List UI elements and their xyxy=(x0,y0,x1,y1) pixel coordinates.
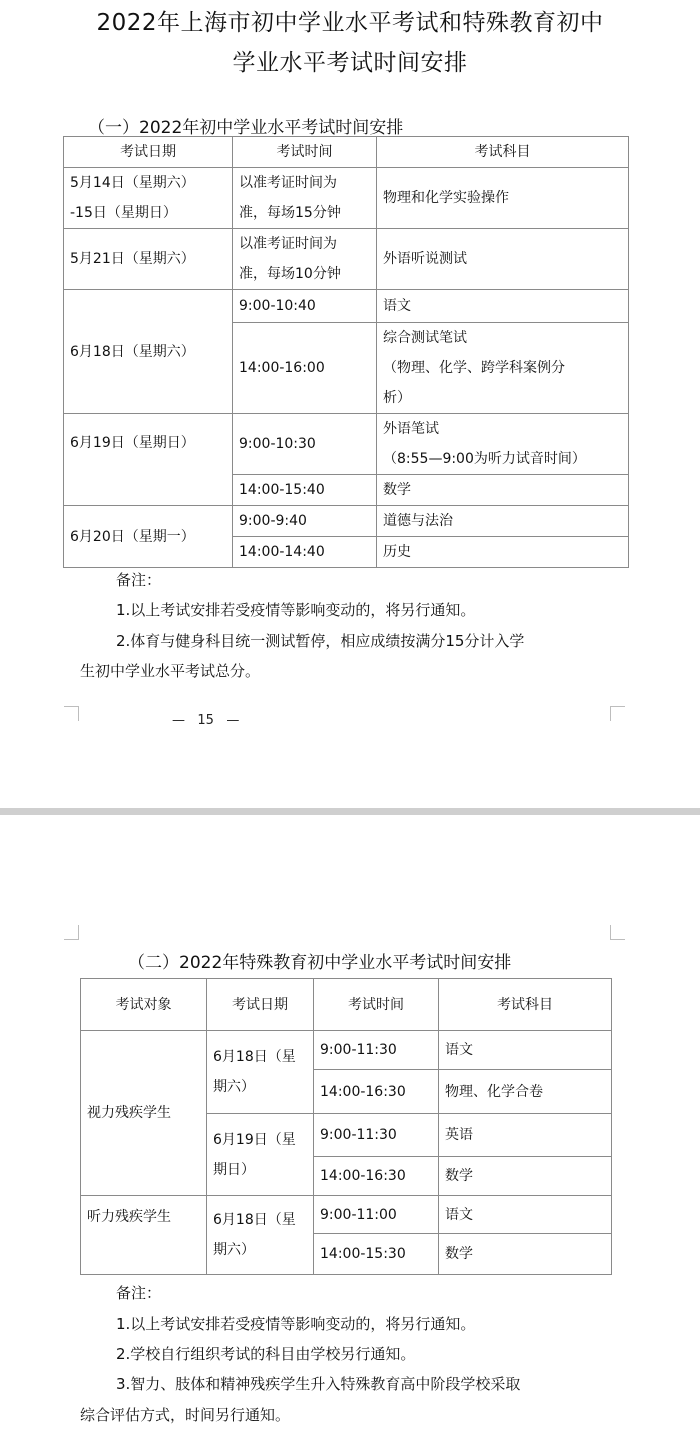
date-cell: 5月21日（星期六） xyxy=(64,229,233,290)
time-text: 准，每场15分钟 xyxy=(239,198,370,228)
note-item: 3.智力、肢体和精神残疾学生升入特殊教育高中阶段学校采取 xyxy=(116,1370,520,1399)
subject-cell: 物理和化学实验操作 xyxy=(377,168,629,229)
page-corner-mark xyxy=(610,706,625,721)
time-cell: 14:00-15:40 xyxy=(233,475,377,506)
page-corner-mark xyxy=(610,925,625,940)
special-education-schedule-table: 考试对象 考试日期 考试时间 考试科目 视力残疾学生 6月18日（星 期六） 9… xyxy=(80,978,612,1275)
date-text: 6月18日（星 xyxy=(213,1042,307,1072)
section2-heading: （二）2022年特殊教育初中学业水平考试时间安排 xyxy=(128,948,511,973)
table-row: 6月18日（星期六） 9:00-10:40 语文 xyxy=(64,290,629,323)
subject-cell: 数学 xyxy=(439,1234,612,1275)
subject-cell: 语文 xyxy=(377,290,629,323)
subject-cell: 外语笔试 （8:55—9:00为听力试音时间） xyxy=(377,414,629,475)
subject-cell: 道德与法治 xyxy=(377,506,629,537)
date-cell: 6月18日（星期六） xyxy=(64,290,233,414)
time-cell: 9:00-10:30 xyxy=(233,414,377,475)
time-cell: 14:00-16:30 xyxy=(314,1070,439,1114)
time-cell: 14:00-15:30 xyxy=(314,1234,439,1275)
date-cell: 6月19日（星期日） xyxy=(64,414,233,506)
subject-text: （8:55—9:00为听力试音时间） xyxy=(383,444,622,474)
column-header: 考试日期 xyxy=(64,137,233,168)
time-cell: 14:00-16:00 xyxy=(233,323,377,414)
table-row: 6月19日（星期日） 9:00-10:30 外语笔试 （8:55—9:00为听力… xyxy=(64,414,629,475)
subject-cell: 数学 xyxy=(377,475,629,506)
time-cell: 以准考证时间为 准，每场10分钟 xyxy=(233,229,377,290)
note-item: 生初中学业水平考试总分。 xyxy=(80,657,260,686)
time-cell: 14:00-14:40 xyxy=(233,537,377,568)
date-cell: 5月14日（星期六） -15日（星期日） xyxy=(64,168,233,229)
subject-cell: 数学 xyxy=(439,1157,612,1196)
date-cell: 6月18日（星 期六） xyxy=(207,1196,314,1275)
date-text: 期日） xyxy=(213,1155,307,1185)
subject-cell: 外语听说测试 xyxy=(377,229,629,290)
date-text: 6月19日（星 xyxy=(213,1125,307,1155)
column-header: 考试时间 xyxy=(314,979,439,1031)
table-row: 6月20日（星期一） 9:00-9:40 道德与法治 xyxy=(64,506,629,537)
page-number: — 15 — xyxy=(172,713,239,728)
date-cell: 6月18日（星 期六） xyxy=(207,1031,314,1114)
note-item: 2.体育与健身科目统一测试暂停，相应成绩按满分15分计入学 xyxy=(116,627,524,656)
time-cell: 9:00-11:30 xyxy=(314,1114,439,1157)
time-text: 以准考证时间为 xyxy=(239,229,370,259)
column-header: 考试科目 xyxy=(377,137,629,168)
date-cell: 6月20日（星期一） xyxy=(64,506,233,568)
date-text: -15日（星期日） xyxy=(70,198,226,228)
date-text: 6月18日（星 xyxy=(213,1205,307,1235)
table-row: 5月14日（星期六） -15日（星期日） 以准考证时间为 准，每场15分钟 物理… xyxy=(64,168,629,229)
subject-text: 析） xyxy=(383,383,622,413)
table-row: 视力残疾学生 6月18日（星 期六） 9:00-11:30 语文 xyxy=(81,1031,612,1070)
subject-cell: 语文 xyxy=(439,1196,612,1234)
page-separator xyxy=(0,808,700,815)
subject-cell: 物理、化学合卷 xyxy=(439,1070,612,1114)
time-cell: 9:00-11:00 xyxy=(314,1196,439,1234)
subject-cell: 综合测试笔试 （物理、化学、跨学科案例分 析） xyxy=(377,323,629,414)
exam-schedule-table: 考试日期 考试时间 考试科目 5月14日（星期六） -15日（星期日） 以准考证… xyxy=(63,136,629,568)
note-item: 2.学校自行组织考试的科目由学校另行通知。 xyxy=(116,1340,415,1369)
note-item: 综合评估方式，时间另行通知。 xyxy=(80,1401,290,1430)
subject-text: 综合测试笔试 xyxy=(383,323,622,353)
subject-text: （物理、化学、跨学科案例分 xyxy=(383,353,622,383)
subject-cell: 历史 xyxy=(377,537,629,568)
column-header: 考试对象 xyxy=(81,979,207,1031)
time-cell: 9:00-9:40 xyxy=(233,506,377,537)
time-cell: 以准考证时间为 准，每场15分钟 xyxy=(233,168,377,229)
column-header: 考试时间 xyxy=(233,137,377,168)
time-cell: 9:00-10:40 xyxy=(233,290,377,323)
subject-cell: 英语 xyxy=(439,1114,612,1157)
date-text: 5月14日（星期六） xyxy=(70,168,226,198)
table-header-row: 考试对象 考试日期 考试时间 考试科目 xyxy=(81,979,612,1031)
notes-label: 备注： xyxy=(116,1279,161,1308)
document-title-line2: 学业水平考试时间安排 xyxy=(0,44,700,77)
date-text: 期六） xyxy=(213,1072,307,1102)
time-cell: 9:00-11:30 xyxy=(314,1031,439,1070)
table-row: 5月21日（星期六） 以准考证时间为 准，每场10分钟 外语听说测试 xyxy=(64,229,629,290)
note-item: 1.以上考试安排若受疫情等影响变动的，将另行通知。 xyxy=(116,1310,475,1339)
page-corner-mark xyxy=(64,925,79,940)
notes-label: 备注： xyxy=(116,566,161,595)
table-header-row: 考试日期 考试时间 考试科目 xyxy=(64,137,629,168)
subject-cell: 语文 xyxy=(439,1031,612,1070)
document-title-line1: 2022年上海市初中学业水平考试和特殊教育初中 xyxy=(0,4,700,37)
subject-text: 外语笔试 xyxy=(383,414,622,444)
column-header: 考试科目 xyxy=(439,979,612,1031)
page-corner-mark xyxy=(64,706,79,721)
time-text: 准，每场10分钟 xyxy=(239,259,370,289)
date-text: 期六） xyxy=(213,1235,307,1265)
section1-heading: （一）2022年初中学业水平考试时间安排 xyxy=(88,113,403,138)
table-row: 听力残疾学生 6月18日（星 期六） 9:00-11:00 语文 xyxy=(81,1196,612,1234)
column-header: 考试日期 xyxy=(207,979,314,1031)
date-cell: 6月19日（星 期日） xyxy=(207,1114,314,1196)
target-cell: 视力残疾学生 xyxy=(81,1031,207,1196)
time-cell: 14:00-16:30 xyxy=(314,1157,439,1196)
time-text: 以准考证时间为 xyxy=(239,168,370,198)
note-item: 1.以上考试安排若受疫情等影响变动的，将另行通知。 xyxy=(116,596,475,625)
target-cell: 听力残疾学生 xyxy=(81,1196,207,1275)
